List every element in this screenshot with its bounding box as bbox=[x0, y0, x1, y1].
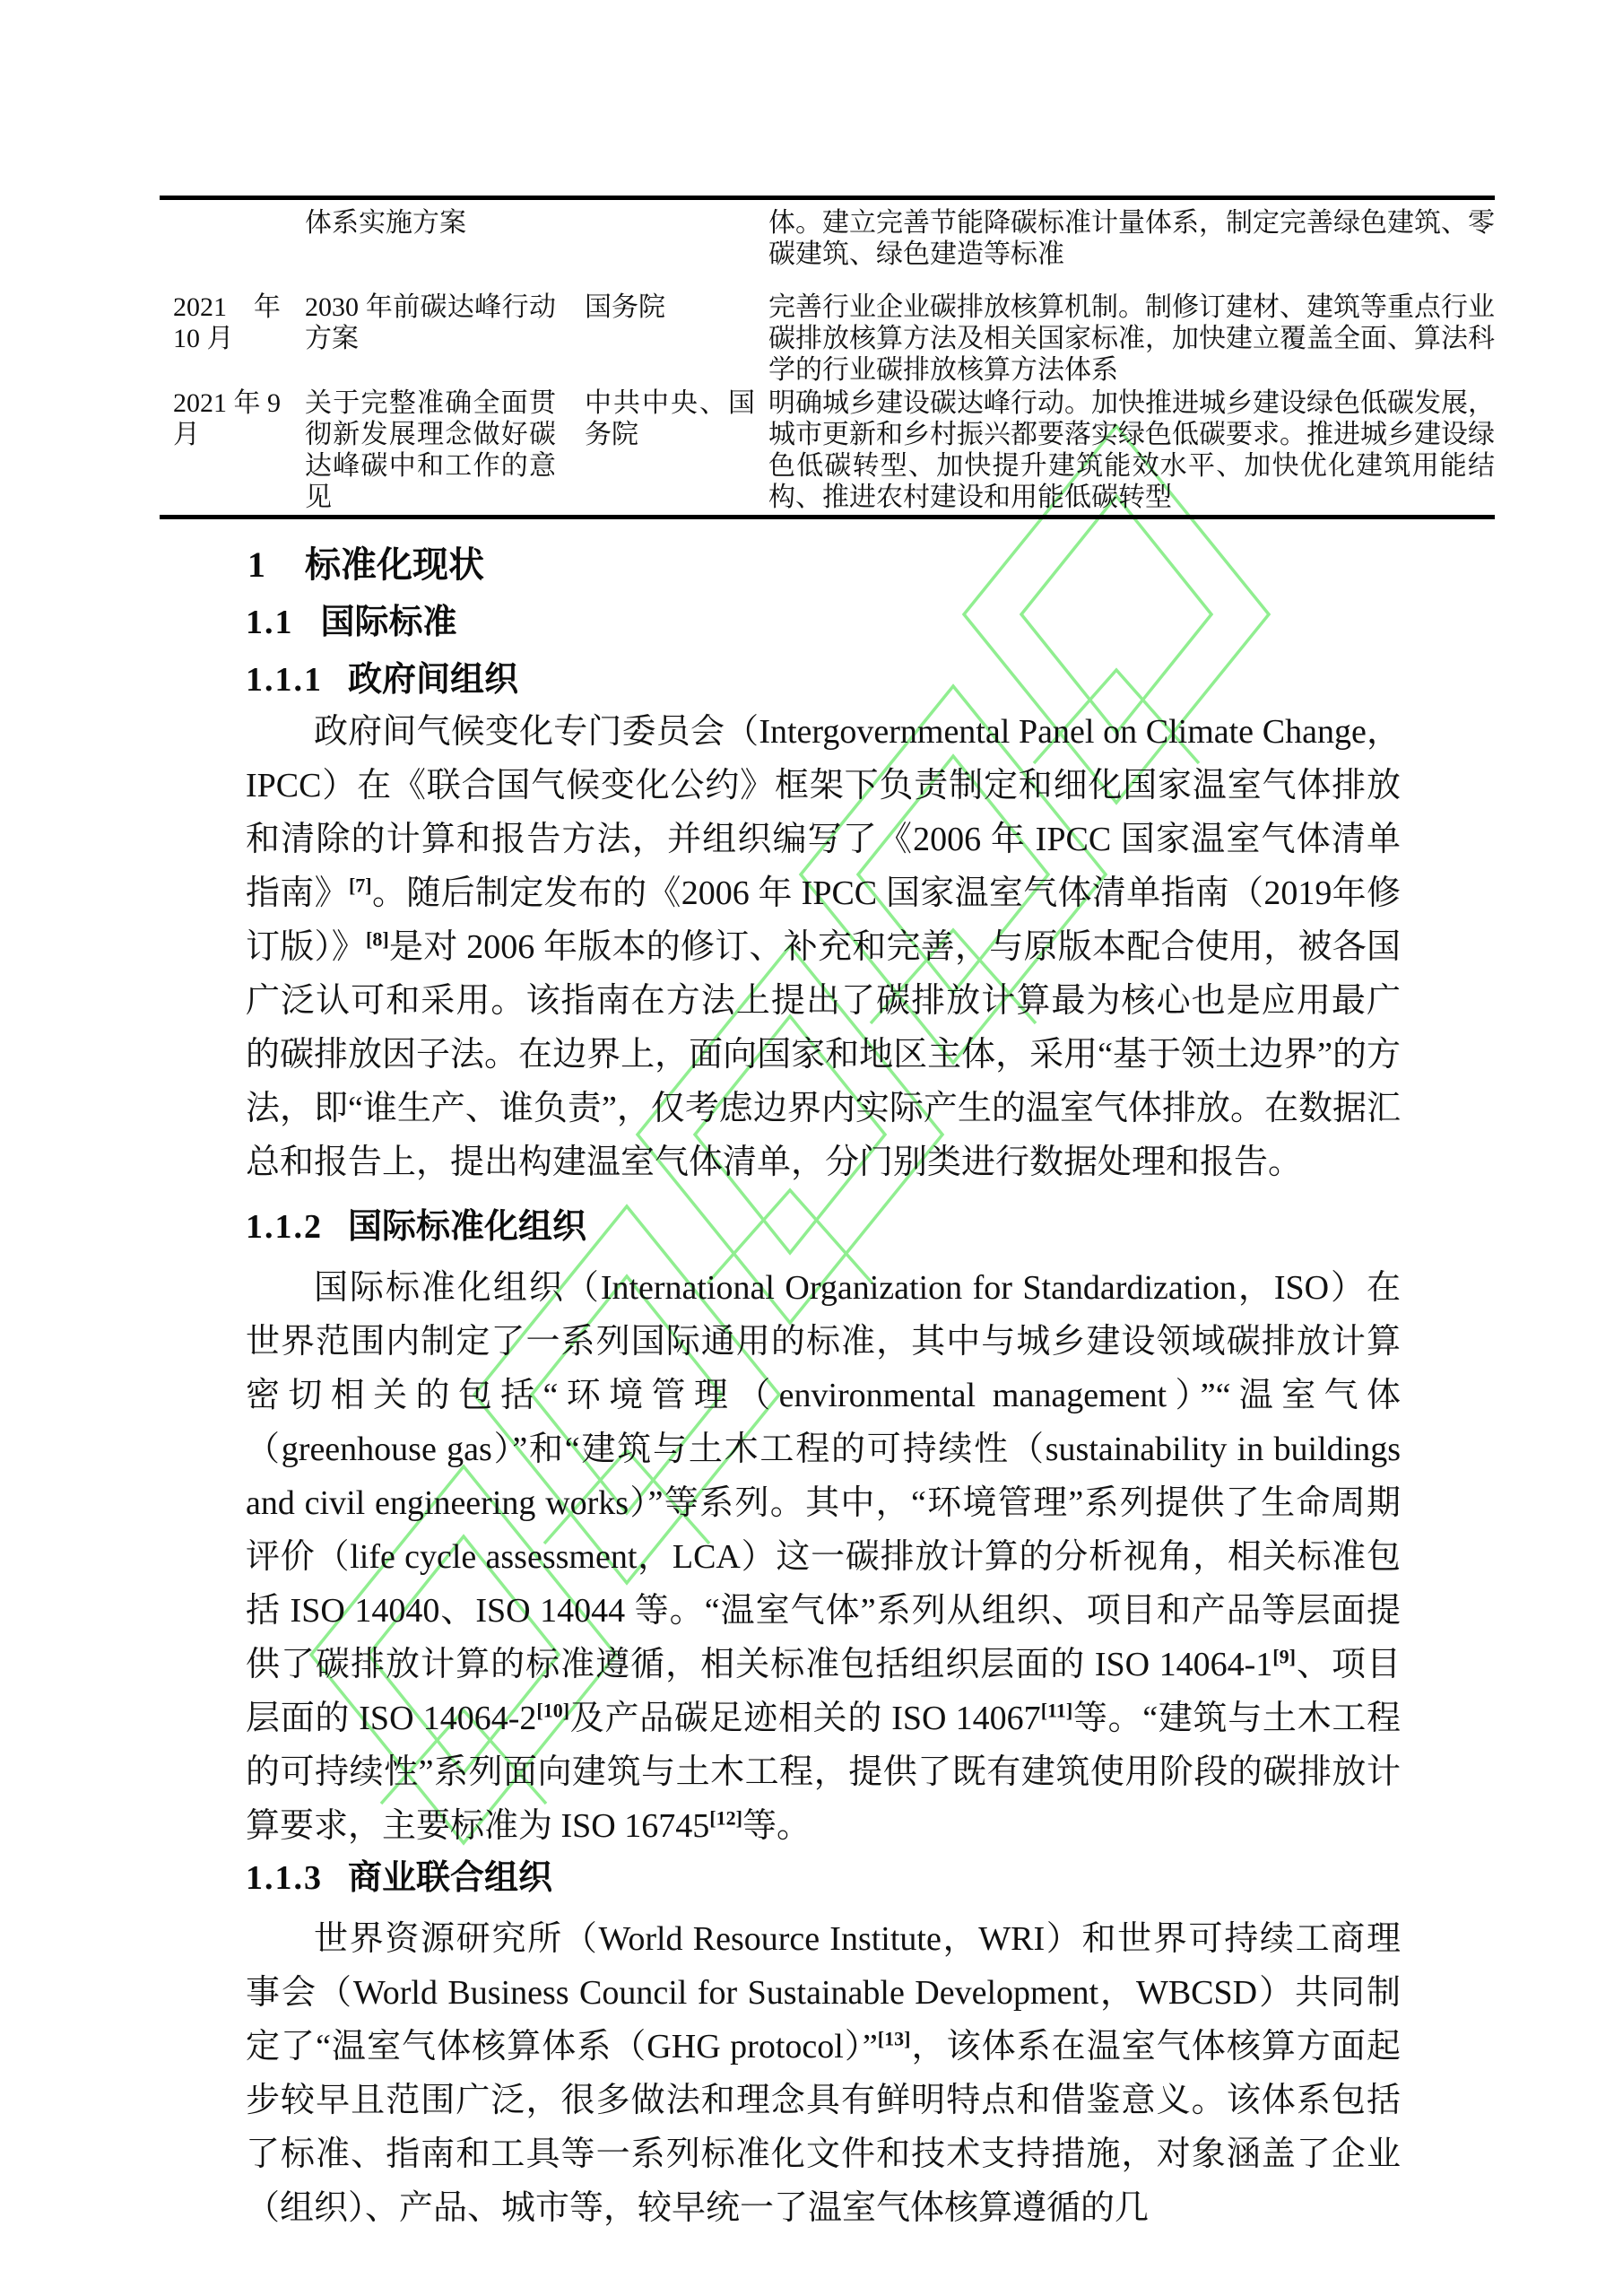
section-title: 标准化现状 bbox=[305, 545, 484, 585]
heading-intergovernmental-organizations: 1.1.1政府间组织 bbox=[246, 655, 1401, 705]
paragraph-ipcc: 政府间气候变化专门委员会（Intergovernmental Panel on … bbox=[246, 705, 1401, 1189]
table-cell-issuer bbox=[585, 207, 768, 270]
table-cell-content: 明确城乡建设碳达峰行动。加快推进城乡建设绿色低碳发展，城市更新和乡村振兴都要落实… bbox=[768, 387, 1495, 513]
table-cell-issuer: 国务院 bbox=[585, 291, 768, 386]
section-title: 国际标准化组织 bbox=[348, 1208, 586, 1246]
section-number: 1.1.1 bbox=[246, 661, 323, 699]
section-title: 政府间组织 bbox=[348, 661, 518, 699]
table-row: 2021 年 10 月 2030 年前碳达峰行动方案 国务院 完善行业企业碳排放… bbox=[173, 291, 1495, 386]
section-number: 1 bbox=[247, 544, 267, 585]
paragraph-ghg-protocol: 世界资源研究所（World Resource Institute，WRI）和世界… bbox=[246, 1912, 1401, 2235]
table-cell-policy: 关于完整准确全面贯彻新发展理念做好碳达峰碳中和工作的意见 bbox=[305, 387, 585, 513]
table-cell-issuer: 中共中央、国务院 bbox=[585, 387, 768, 513]
table-cell-date: 2021年9月 bbox=[173, 387, 305, 513]
table-cell-content: 完善行业企业碳排放核算机制。制修订建材、建筑等重点行业碳排放核算方法及相关国家标… bbox=[768, 291, 1495, 386]
document-body: 1标准化现状 1.1国际标准 1.1.1政府间组织 政府间气候变化专门委员会（I… bbox=[246, 540, 1401, 2235]
section-number: 1.1.2 bbox=[246, 1208, 323, 1246]
paragraph-iso: 国际标准化组织（International Organization for S… bbox=[246, 1261, 1401, 1853]
policy-table: 体系实施方案 体。建立完善节能降碳标准计量体系，制定完善绿色建筑、零碳建筑、绿色… bbox=[160, 196, 1495, 519]
table-cell-policy: 体系实施方案 bbox=[305, 207, 585, 270]
table-cell-content: 体。建立完善节能降碳标准计量体系，制定完善绿色建筑、零碳建筑、绿色建造等标准 bbox=[768, 207, 1495, 270]
section-title: 国际标准 bbox=[321, 604, 457, 641]
heading-international-standards: 1.1国际标准 bbox=[246, 597, 1401, 648]
section-number: 1.1 bbox=[246, 604, 294, 641]
table-cell-policy: 2030 年前碳达峰行动方案 bbox=[305, 291, 585, 386]
table-row: 2021年9月 关于完整准确全面贯彻新发展理念做好碳达峰碳中和工作的意见 中共中… bbox=[173, 387, 1495, 513]
table-row: 体系实施方案 体。建立完善节能降碳标准计量体系，制定完善绿色建筑、零碳建筑、绿色… bbox=[173, 207, 1495, 270]
table-cell-date bbox=[173, 207, 305, 270]
document-page: 体系实施方案 体。建立完善节能降碳标准计量体系，制定完善绿色建筑、零碳建筑、绿色… bbox=[0, 0, 1623, 2296]
table-cell-date: 2021 年 10 月 bbox=[173, 291, 305, 386]
heading-standardization-status: 1标准化现状 bbox=[247, 540, 1401, 590]
section-number: 1.1.3 bbox=[246, 1859, 323, 1897]
heading-iso-organization: 1.1.2国际标准化组织 bbox=[246, 1202, 1401, 1252]
section-title: 商业联合组织 bbox=[348, 1859, 552, 1897]
heading-business-alliance-organizations: 1.1.3商业联合组织 bbox=[246, 1853, 1401, 1903]
